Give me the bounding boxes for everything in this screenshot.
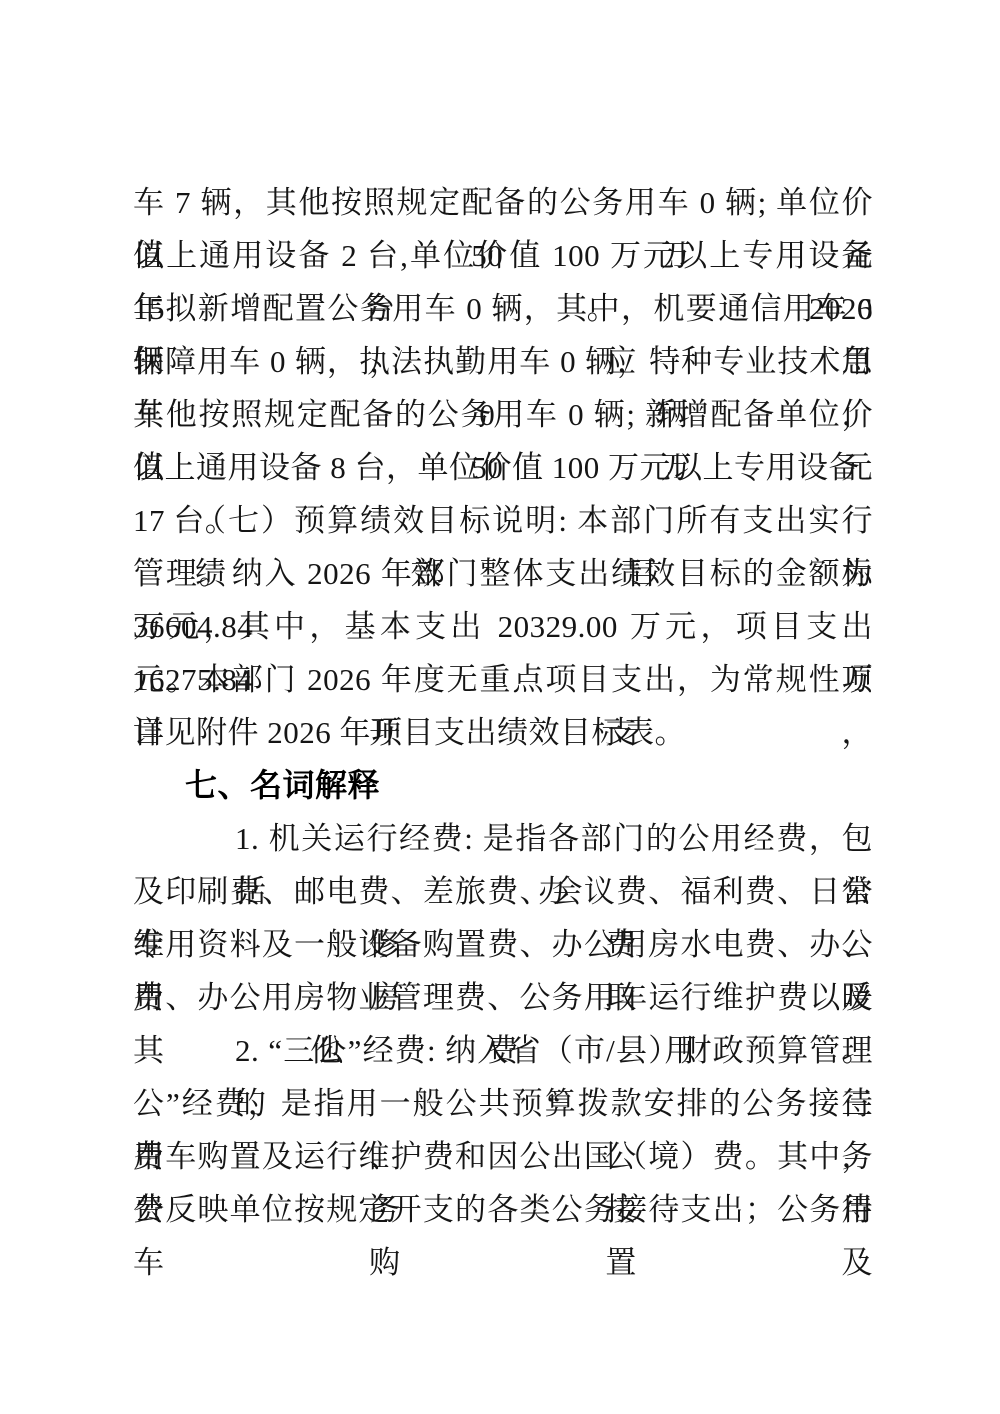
para-term-agency-operating-expenses-line: 专用资料及一般设备购置费、办公用房水电费、办公用房取暖	[133, 918, 873, 971]
para-term-three-public-expenses-line: 2. “三公”经费: 纳入省（市/县）财政预算管理的“三	[133, 1024, 873, 1077]
section-heading-glossary: 七、名词解释	[133, 759, 873, 812]
para-performance-target-line: 管理。纳入 2026 年部门整体支出绩效目标的金额为 36604.84	[133, 547, 873, 600]
para-performance-target-line: 万元，其中，基本支出 20329.00 万元，项目支出 16275.84 万	[133, 600, 873, 653]
document-body: 车 7 辆，其他按照规定配备的公务用车 0 辆; 单位价值 50 万元 以上通用…	[133, 176, 873, 1236]
para-performance-target-line: （七）预算绩效目标说明: 本部门所有支出实行绩效目标	[133, 494, 873, 547]
para-performance-target-line: 元。本部门 2026 年度无重点项目支出，为常规性项目开支，	[133, 653, 873, 706]
para-term-agency-operating-expenses-line: 及印刷费、邮电费、差旅费、会议费、福利费、日常维修费、	[133, 865, 873, 918]
para-vehicles-equipment-line: 其他按照规定配备的公务用车 0 辆; 新增配备单位价值 50 万元	[133, 388, 873, 441]
para-vehicles-equipment-line: 以上通用设备 8 台，单位价值 100 万元以上专用设备 17 台。	[133, 441, 873, 494]
para-term-agency-operating-expenses-line: 1. 机关运行经费: 是指各部门的公用经费，包括办公	[133, 812, 873, 865]
para-vehicles-equipment-line: 以上通用设备 2 台,单位价值 100 万元以上专用设备 15 台。2026	[133, 229, 873, 282]
para-term-agency-operating-expenses-line: 费、办公用房物业管理费、公务用车运行维护费以及其他费用。	[133, 971, 873, 1024]
para-vehicles-equipment-line: 年拟新增配置公务用车 0 辆，其中，机要通信用车 0 辆，应急	[133, 282, 873, 335]
para-term-three-public-expenses-line: 公”经费，是指用一般公共预算拨款安排的公务接待费、公务	[133, 1077, 873, 1130]
para-term-three-public-expenses-line: 用车购置及运行维护费和因公出国（境）费。其中，公务接待	[133, 1130, 873, 1183]
para-term-three-public-expenses-line: 费反映单位按规定开支的各类公务接待支出；公务用车购置及	[133, 1183, 873, 1236]
document-page: 车 7 辆，其他按照规定配备的公务用车 0 辆; 单位价值 50 万元 以上通用…	[0, 0, 1000, 1414]
para-vehicles-equipment-line: 车 7 辆，其他按照规定配备的公务用车 0 辆; 单位价值 50 万元	[133, 176, 873, 229]
para-vehicles-equipment-line: 保障用车 0 辆，执法执勤用车 0 辆，特种专业技术用车 0 辆，	[133, 335, 873, 388]
